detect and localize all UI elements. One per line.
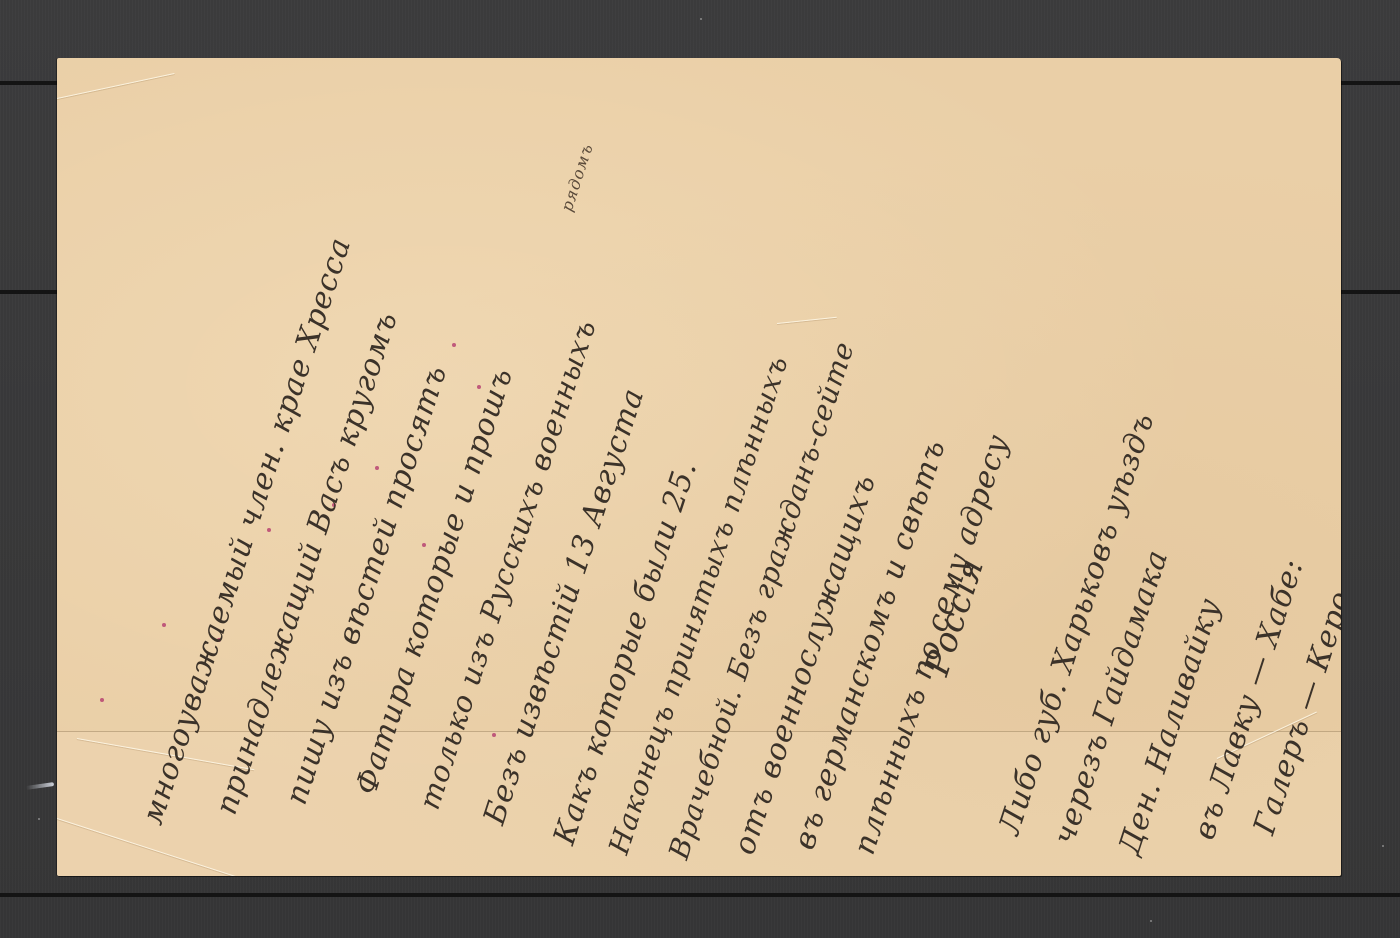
postcard: многоуважаемый член. крае Хресса принадл… — [57, 58, 1341, 876]
dust-speck — [1150, 920, 1152, 922]
violet-ink-speck — [375, 466, 379, 470]
dust-speck — [1382, 845, 1384, 847]
violet-ink-speck — [492, 733, 496, 737]
violet-ink-speck — [100, 698, 104, 702]
violet-ink-speck — [452, 343, 456, 347]
violet-ink-speck — [162, 623, 166, 627]
marginal-note: рядомъ — [557, 141, 597, 214]
stock-strip-line — [0, 893, 1400, 897]
paper-crease — [777, 317, 837, 324]
dust-speck — [700, 18, 702, 20]
light-glint — [26, 782, 54, 790]
violet-ink-speck — [422, 543, 426, 547]
dust-speck — [38, 818, 40, 820]
paper-crease — [57, 73, 174, 99]
violet-ink-speck — [267, 528, 271, 532]
